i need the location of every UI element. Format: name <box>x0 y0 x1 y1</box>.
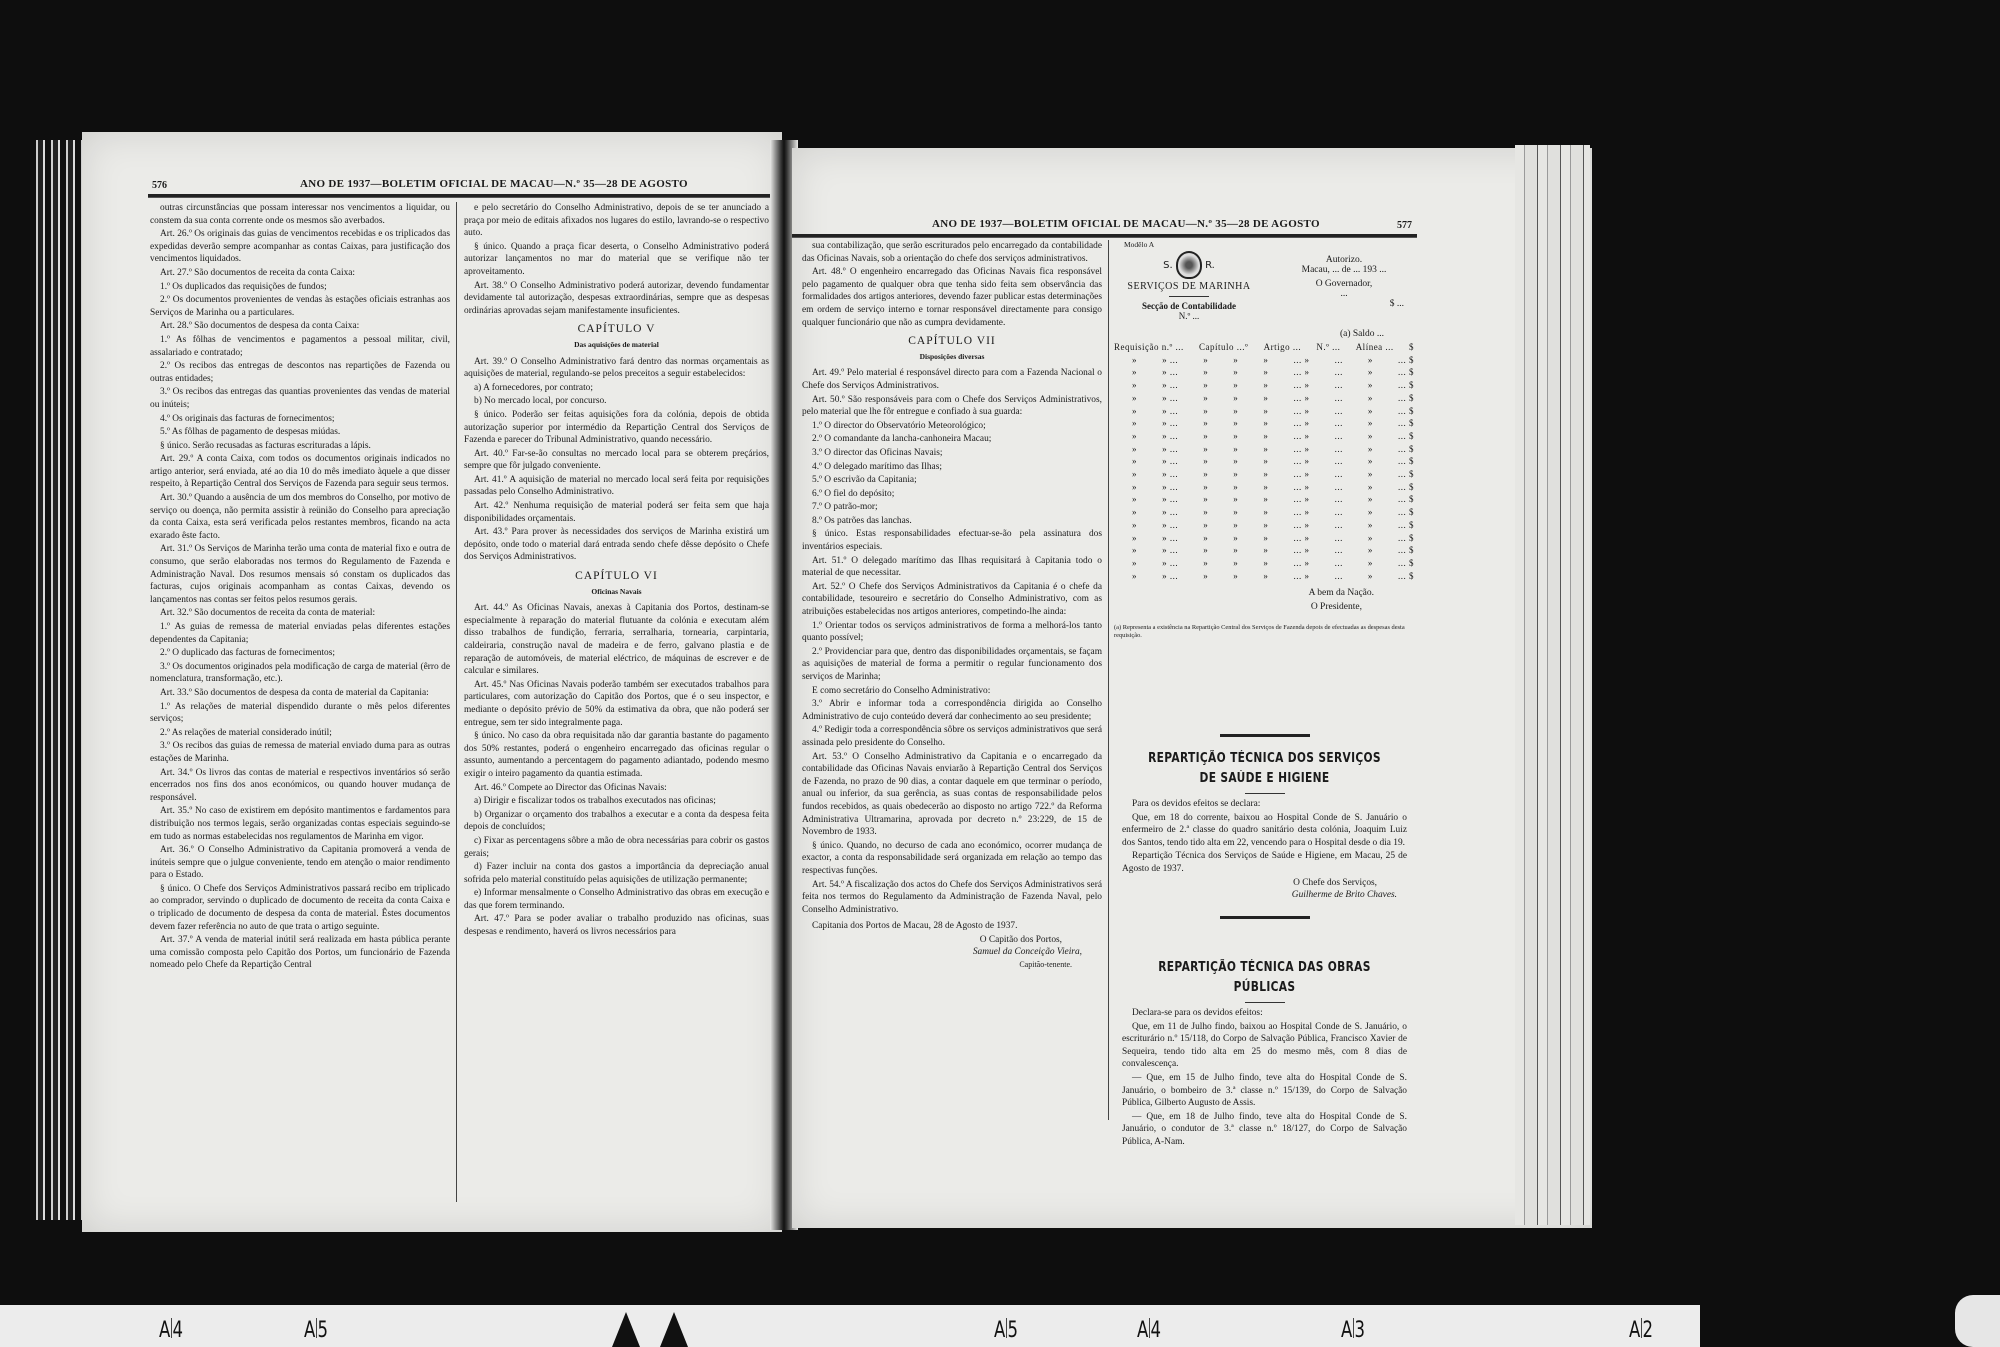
divider <box>1220 734 1310 737</box>
chapter-subtitle: Das aquisições de material <box>464 339 769 352</box>
article-paragraph: Art. 45.º Nas Oficinas Navais poderão ta… <box>464 679 769 729</box>
form-ditto-cell: » <box>1233 532 1238 545</box>
form-ditto-cell: » ... <box>1162 493 1178 506</box>
form-ditto-cell: » <box>1233 405 1238 418</box>
form-ditto-cell: ... » <box>1293 557 1309 570</box>
form-ditto-cell: » <box>1368 557 1373 570</box>
article-paragraph: § único. No caso da obra requisitada não… <box>464 730 769 780</box>
form-ditto-cell: » <box>1233 570 1238 583</box>
form-ditto-cell: ... » <box>1293 430 1309 443</box>
article-paragraph: 2.º Os documentos provenientes de vendas… <box>150 294 450 319</box>
form-ditto-cell: » <box>1368 379 1373 392</box>
form-ditto-row: »» ...»»»... »...»... $ <box>1114 392 1414 405</box>
form-ditto-cell: ... » <box>1293 519 1309 532</box>
form-s: S. <box>1163 260 1173 271</box>
form-ditto-cell: » <box>1263 468 1268 481</box>
form-ditto-row: »» ...»»»... »...»... $ <box>1114 405 1414 418</box>
notice-place-date: Repartição Técnica dos Serviços de Saúde… <box>1122 850 1407 875</box>
form-ditto-cell: » <box>1203 392 1208 405</box>
form-ditto-cell: ... » <box>1293 506 1309 519</box>
right-page-column-1: sua contabilização, que serão escriturad… <box>802 240 1102 972</box>
article-paragraph: 6.º O fiel do depósito; <box>802 488 1102 501</box>
form-ditto-cell: » ... <box>1162 405 1178 418</box>
article-paragraph: Art. 43.º Para prover às necessidades do… <box>464 526 769 564</box>
form-ditto-cell: » <box>1368 506 1373 519</box>
form-ditto-cell: » <box>1368 570 1373 583</box>
form-ditto-cell: » ... <box>1162 468 1178 481</box>
article-paragraph: 1.º Os duplicados das requisições de fun… <box>150 281 450 294</box>
form-ditto-cell: ... <box>1335 519 1343 532</box>
form-ditto-cell: » <box>1233 443 1238 456</box>
form-ditto-cell: » <box>1203 570 1208 583</box>
form-ditto-cell: ... $ <box>1398 366 1414 379</box>
chapter-title: CAPÍTULO VI <box>464 570 769 583</box>
form-ditto-cell: ... <box>1335 430 1343 443</box>
film-frame-mark: A2 <box>1629 1318 1653 1343</box>
form-ditto-cell: ... $ <box>1398 519 1414 532</box>
form-ditto-cell: » <box>1233 417 1238 430</box>
divider <box>1245 1002 1285 1003</box>
form-ditto-cell: » <box>1368 405 1373 418</box>
form-ditto-cell: ... » <box>1293 354 1309 367</box>
form-ditto-cell: ... $ <box>1398 506 1414 519</box>
form-ditto-cell: » <box>1263 366 1268 379</box>
health-services-notice: REPARTIÇÃO TÉCNICA DOS SERVIÇOS DE SAÚDE… <box>1122 728 1407 925</box>
form-ditto-cell: » <box>1233 481 1238 494</box>
microfilm-strip-end <box>1955 1295 2000 1347</box>
form-header-cell: Artigo ... <box>1264 341 1302 354</box>
article-paragraph: Art. 34.º Os livros das contas de materi… <box>150 767 450 805</box>
article-paragraph: 2.º O comandante da lancha-canhoneira Ma… <box>802 433 1102 446</box>
article-paragraph: Art. 44.º As Oficinas Navais, anexas à C… <box>464 602 769 678</box>
form-ditto-cell: ... $ <box>1398 392 1414 405</box>
form-ditto-cell: » <box>1132 544 1137 557</box>
form-ditto-cell: » <box>1132 519 1137 532</box>
form-ditto-cell: » <box>1368 366 1373 379</box>
form-ditto-row: »» ...»»»... »...»... $ <box>1114 493 1414 506</box>
form-ditto-cell: » <box>1368 481 1373 494</box>
form-ditto-cell: ... $ <box>1398 570 1414 583</box>
form-ditto-cell: ... <box>1335 354 1343 367</box>
form-header-cell: $ <box>1409 341 1414 354</box>
form-ditto-cell: » <box>1132 455 1137 468</box>
form-ditto-cell: ... » <box>1293 468 1309 481</box>
divider <box>1245 793 1285 794</box>
left-page-column-1: outras circunstâncias que possam interes… <box>150 202 450 973</box>
article-paragraph: 1.º As fôlhas de vencimentos e pagamento… <box>150 334 450 359</box>
form-ditto-cell: ... <box>1335 379 1343 392</box>
form-ditto-cell: » <box>1233 366 1238 379</box>
notice-title: DE SAÚDE E HIGIENE <box>1148 769 1382 789</box>
form-ditto-cell: » <box>1263 544 1268 557</box>
article-paragraph: a) A fornecedores, por contrato; <box>464 382 769 395</box>
form-ditto-cell: » <box>1203 430 1208 443</box>
article-paragraph: Art. 27.º São documentos de receita da c… <box>150 267 450 280</box>
form-ditto-row: »» ...»»»... »...»... $ <box>1114 481 1414 494</box>
notice-item: — Que, em 15 de Julho findo, teve alta d… <box>1122 1072 1407 1110</box>
form-ditto-cell: » <box>1132 570 1137 583</box>
article-paragraph: Art. 41.º A aquisição de material no mer… <box>464 474 769 499</box>
form-ditto-cell: » <box>1132 392 1137 405</box>
form-ditto-cell: » <box>1263 443 1268 456</box>
form-ditto-cell: » <box>1132 532 1137 545</box>
form-ditto-cell: » <box>1368 392 1373 405</box>
form-ditto-cell: » ... <box>1162 392 1178 405</box>
form-ditto-cell: » <box>1203 443 1208 456</box>
form-ditto-cell: » <box>1233 493 1238 506</box>
article-paragraph: Art. 42.º Nenhuma requisição de material… <box>464 500 769 525</box>
article-paragraph: 5.º O escrivão da Capitania; <box>802 474 1102 487</box>
form-ditto-cell: ... <box>1335 455 1343 468</box>
form-ditto-cell: » <box>1263 379 1268 392</box>
signature-rank: Capitão-tenente. <box>802 959 1102 972</box>
film-frame-mark: A4 <box>1137 1318 1161 1343</box>
article-paragraph: Art. 48.º O engenheiro encarregado das O… <box>802 266 1102 329</box>
form-ditto-cell: ... $ <box>1398 481 1414 494</box>
form-ditto-cell: » <box>1203 455 1208 468</box>
form-ditto-row: »» ...»»»... »...»... $ <box>1114 443 1414 456</box>
article-paragraph: § único. Serão recusadas as facturas esc… <box>150 440 450 453</box>
signature-name: Samuel da Conceição Vieira, <box>802 946 1102 959</box>
article-paragraph: 4.º Redigir toda a correspondência sôbre… <box>802 724 1102 749</box>
article-paragraph: 1.º O director do Observatório Meteoroló… <box>802 420 1102 433</box>
form-org: SERVIÇOS DE MARINHA <box>1114 281 1264 292</box>
article-paragraph: 3.º O director das Oficinas Navais; <box>802 447 1102 460</box>
notice-body: Que, em 18 do corrente, baixou ao Hospit… <box>1122 812 1407 850</box>
notice-item: — Que, em 18 de Julho findo, teve alta d… <box>1122 1111 1407 1149</box>
form-ditto-cell: » <box>1368 430 1373 443</box>
form-ditto-cell: » <box>1203 493 1208 506</box>
film-frame-mark: A4 <box>159 1318 183 1343</box>
form-ditto-cell: » <box>1263 570 1268 583</box>
form-ditto-cell: ... » <box>1293 405 1309 418</box>
form-amount: $ ... <box>1274 299 1414 309</box>
form-ditto-cell: ... » <box>1293 379 1309 392</box>
form-ditto-cell: ... $ <box>1398 493 1414 506</box>
chapter-title: CAPÍTULO VII <box>802 335 1102 348</box>
form-ditto-cell: ... <box>1335 506 1343 519</box>
form-ditto-cell: ... » <box>1293 443 1309 456</box>
form-authorize: Autorizo. <box>1274 255 1414 265</box>
form-ditto-cell: » ... <box>1162 532 1178 545</box>
signature-title: O Capitão dos Portos, <box>802 934 1102 947</box>
page-number: 576 <box>152 180 167 191</box>
form-ditto-cell: » <box>1132 379 1137 392</box>
form-ditto-cell: ... $ <box>1398 532 1414 545</box>
form-r: R. <box>1205 260 1215 271</box>
form-ditto-row: »» ...»»»... »...»... $ <box>1114 354 1414 367</box>
microfilm-strip <box>0 1305 1700 1347</box>
header-rule <box>148 194 773 198</box>
form-ditto-row: »» ...»»»... »...»... $ <box>1114 417 1414 430</box>
article-paragraph: 1.º As relações de material dispendido d… <box>150 701 450 726</box>
film-frame-mark: A5 <box>304 1318 328 1343</box>
form-ditto-row: »» ...»»»... »...»... $ <box>1114 430 1414 443</box>
header-rule <box>792 234 1417 238</box>
form-ditto-cell: » <box>1233 544 1238 557</box>
form-ditto-cell: ... $ <box>1398 443 1414 456</box>
form-ditto-cell: » ... <box>1162 430 1178 443</box>
notice-title: REPARTIÇÃO TÉCNICA DOS SERVIÇOS <box>1148 749 1382 769</box>
form-ditto-cell: ... » <box>1293 532 1309 545</box>
article-paragraph: Art. 33.º São documentos de despesa da c… <box>150 687 450 700</box>
article-paragraph: Art. 49.º Pelo material é responsável di… <box>802 367 1102 392</box>
form-footnote: (a) Representa a existência na Repartiçã… <box>1114 624 1414 640</box>
article-paragraph: § único. O Chefe dos Serviços Administra… <box>150 883 450 933</box>
form-ditto-cell: » <box>1233 354 1238 367</box>
form-ditto-cell: ... $ <box>1398 417 1414 430</box>
form-ditto-cell: ... <box>1335 544 1343 557</box>
form-ditto-cell: » ... <box>1162 443 1178 456</box>
form-ditto-row: »» ...»»»... »...»... $ <box>1114 570 1414 583</box>
form-ditto-cell: » <box>1368 443 1373 456</box>
article-paragraph: Art. 29.º A conta Caixa, com todos os do… <box>150 453 450 491</box>
article-paragraph: a) Dirigir e fiscalizar todos os trabalh… <box>464 795 769 808</box>
form-ditto-cell: » <box>1233 455 1238 468</box>
form-ditto-cell: » <box>1263 392 1268 405</box>
article-paragraph: Art. 31.º Os Serviços de Marinha terão u… <box>150 543 450 606</box>
form-ditto-cell: » <box>1368 354 1373 367</box>
film-marker-icon <box>612 1312 640 1347</box>
article-paragraph: § único. Estas responsabilidades efectua… <box>802 528 1102 553</box>
article-paragraph: Art. 53.º O Conselho Administrativo da C… <box>802 751 1102 839</box>
form-model-a: Modêlo A S. R. SERVIÇOS DE MARINHA Secçã… <box>1114 240 1414 640</box>
article-paragraph: § único. Quando, no decurso de cada ano … <box>802 840 1102 878</box>
form-dots: ... <box>1274 289 1414 299</box>
article-paragraph: b) Organizar o orçamento dos trabalhos a… <box>464 809 769 834</box>
form-ditto-cell: ... $ <box>1398 354 1414 367</box>
article-paragraph: Art. 54.º A fiscalização dos actos do Ch… <box>802 879 1102 917</box>
form-ditto-cell: » <box>1233 519 1238 532</box>
form-ditto-cell: » <box>1263 417 1268 430</box>
form-ditto-cell: » <box>1263 455 1268 468</box>
form-ditto-cell: » ... <box>1162 354 1178 367</box>
article-paragraph: outras circunstâncias que possam interes… <box>150 202 450 227</box>
form-ditto-cell: » <box>1203 481 1208 494</box>
article-paragraph: E como secretário do Conselho Administra… <box>802 685 1102 698</box>
article-paragraph: Art. 30.º Quando a ausência de um dos me… <box>150 492 450 542</box>
form-ditto-cell: » <box>1203 557 1208 570</box>
form-ditto-row: »» ...»»»... »...»... $ <box>1114 557 1414 570</box>
form-ditto-cell: » <box>1203 379 1208 392</box>
film-frame-mark: A5 <box>994 1318 1018 1343</box>
article-paragraph: 3.º Os documentos originados pela modifi… <box>150 661 450 686</box>
form-ditto-row: »» ...»»»... »...»... $ <box>1114 468 1414 481</box>
form-ditto-cell: ... <box>1335 493 1343 506</box>
form-ditto-cell: » <box>1263 354 1268 367</box>
form-header-cell: N.º ... <box>1316 341 1340 354</box>
form-ditto-cell: » <box>1203 366 1208 379</box>
article-paragraph: § único. Quando a praça ficar deserta, o… <box>464 241 769 279</box>
form-ditto-cell: » <box>1203 532 1208 545</box>
notice-intro: Declara-se para os devidos efeitos: <box>1122 1007 1407 1020</box>
form-ditto-cell: » <box>1132 405 1137 418</box>
form-ditto-cell: ... » <box>1293 570 1309 583</box>
form-ditto-cell: » <box>1203 519 1208 532</box>
form-ditto-cell: » <box>1132 354 1137 367</box>
form-ditto-row: »» ...»»»... »...»... $ <box>1114 544 1414 557</box>
article-paragraph: 2.º As relações de material considerado … <box>150 727 450 740</box>
form-ditto-cell: ... <box>1335 405 1343 418</box>
film-marker-icon <box>660 1312 688 1347</box>
article-paragraph: 7.º O patrão-mor; <box>802 501 1102 514</box>
form-ditto-cell: » <box>1263 532 1268 545</box>
form-ditto-cell: » <box>1263 430 1268 443</box>
divider <box>1169 296 1209 297</box>
book-edge-left <box>30 140 85 1220</box>
form-ditto-cell: » <box>1368 544 1373 557</box>
form-ditto-cell: » <box>1368 455 1373 468</box>
form-ditto-cell: » <box>1368 493 1373 506</box>
coat-of-arms-icon <box>1176 251 1202 279</box>
form-ditto-cell: » ... <box>1162 544 1178 557</box>
column-divider <box>1108 240 1109 1120</box>
form-header-row: Requisição n.º ...Capítulo ...ºArtigo ..… <box>1114 341 1414 354</box>
form-ditto-cell: » <box>1263 557 1268 570</box>
form-ditto-cell: » <box>1203 405 1208 418</box>
signature-name: Guilherme de Brito Chaves. <box>1122 889 1407 902</box>
form-header-cell: Capítulo ...º <box>1199 341 1248 354</box>
article-paragraph: Art. 46.º Compete ao Director das Oficin… <box>464 782 769 795</box>
notice-intro: Para os devidos efeitos se declara: <box>1122 798 1407 811</box>
form-ditto-cell: ... » <box>1293 417 1309 430</box>
form-ditto-cell: » ... <box>1162 481 1178 494</box>
form-ditto-row: »» ...»»»... »...»... $ <box>1114 532 1414 545</box>
column-divider <box>456 202 457 1202</box>
form-ditto-cell: ... <box>1335 417 1343 430</box>
article-paragraph: Art. 52.º O Chefe dos Serviços Administr… <box>802 581 1102 619</box>
signature-title: O Chefe dos Serviços, <box>1122 877 1407 890</box>
form-ditto-cell: ... <box>1335 443 1343 456</box>
notice-item: Que, em 11 de Julho findo, baixou ao Hos… <box>1122 1021 1407 1071</box>
article-paragraph: e) Informar mensalmente o Conselho Admin… <box>464 887 769 912</box>
form-ditto-cell: » <box>1132 468 1137 481</box>
form-ditto-cell: » <box>1233 557 1238 570</box>
form-ditto-cell: » <box>1368 519 1373 532</box>
form-ditto-cell: ... » <box>1293 392 1309 405</box>
form-ditto-cell: ... $ <box>1398 468 1414 481</box>
form-ditto-cell: ... $ <box>1398 544 1414 557</box>
divider <box>1220 916 1310 919</box>
article-paragraph: Art. 50.º São responsáveis para com o Ch… <box>802 394 1102 419</box>
form-balance: (a) Saldo ... <box>1114 329 1384 339</box>
notice-title: REPARTIÇÃO TÉCNICA DAS OBRAS PÚBLICAS <box>1148 958 1382 998</box>
article-paragraph: 3.º Os recibos das entregas das quantias… <box>150 386 450 411</box>
article-paragraph: 4.º O delegado marítimo das Ilhas; <box>802 461 1102 474</box>
chapter-subtitle: Disposições diversas <box>802 351 1102 364</box>
form-ditto-cell: » <box>1132 506 1137 519</box>
form-ditto-cell: » <box>1132 481 1137 494</box>
form-ditto-cell: » <box>1263 405 1268 418</box>
form-ditto-cell: » <box>1263 506 1268 519</box>
article-paragraph: 2.º Providenciar para que, dentro das di… <box>802 646 1102 684</box>
article-paragraph: 3.º Os recibos das guias de remessa de m… <box>150 740 450 765</box>
form-ditto-cell: ... » <box>1293 481 1309 494</box>
form-ditto-cell: ... <box>1335 570 1343 583</box>
article-paragraph: b) No mercado local, por concurso. <box>464 395 769 408</box>
form-header-cell: Requisição n.º ... <box>1114 341 1184 354</box>
form-ditto-cell: » <box>1233 430 1238 443</box>
running-head: ANO DE 1937—BOLETIM OFICIAL DE MACAU—N.º… <box>300 178 688 190</box>
form-ditto-cell: ... » <box>1293 544 1309 557</box>
article-paragraph: Art. 40.º Far-se-ão consultas no mercado… <box>464 448 769 473</box>
form-ditto-row: »» ...»»»... »...»... $ <box>1114 379 1414 392</box>
article-paragraph: 2.º Os recibos das entregas de descontos… <box>150 360 450 385</box>
article-paragraph: Art. 47.º Para se poder avaliar o trabal… <box>464 913 769 938</box>
article-paragraph: 1.º Orientar todos os serviços administr… <box>802 620 1102 645</box>
form-ditto-cell: ... $ <box>1398 430 1414 443</box>
form-ditto-cell: ... » <box>1293 366 1309 379</box>
article-paragraph: Art. 37.º A venda de material inútil ser… <box>150 934 450 972</box>
form-ditto-cell: » <box>1233 379 1238 392</box>
form-ditto-cell: » <box>1263 493 1268 506</box>
form-ditto-cell: » ... <box>1162 417 1178 430</box>
form-ditto-cell: » <box>1368 468 1373 481</box>
form-ditto-cell: ... $ <box>1398 455 1414 468</box>
article-paragraph: 2.º O duplicado das facturas de fornecim… <box>150 647 450 660</box>
form-ditto-cell: » <box>1203 506 1208 519</box>
form-ditto-cell: » <box>1132 430 1137 443</box>
article-paragraph: Art. 26.º Os originais das guias de venc… <box>150 228 450 266</box>
place-date: Capitania dos Portos de Macau, 28 de Ago… <box>802 920 1102 933</box>
article-paragraph: Art. 51.º O delegado marítimo das Ilhas … <box>802 555 1102 580</box>
form-president: O Presidente, <box>1114 602 1362 612</box>
article-paragraph: e pelo secretário do Conselho Administra… <box>464 202 769 240</box>
article-paragraph: sua contabilização, que serão escriturad… <box>802 240 1102 265</box>
form-ditto-cell: » <box>1368 532 1373 545</box>
form-ditto-cell: » ... <box>1162 379 1178 392</box>
article-paragraph: § único. Poderão ser feitas aquisições f… <box>464 409 769 447</box>
form-ditto-cell: ... <box>1335 481 1343 494</box>
form-closing: A bem da Nação. <box>1114 588 1374 598</box>
form-ditto-cell: ... $ <box>1398 405 1414 418</box>
article-paragraph: Art. 38.º O Conselho Administrativo pode… <box>464 280 769 318</box>
form-header-cell: Alínea ... <box>1356 341 1394 354</box>
form-ditto-cell: ... <box>1335 557 1343 570</box>
form-section: Secção de Contabilidade <box>1114 301 1264 311</box>
form-ditto-cell: ... <box>1335 392 1343 405</box>
left-page: 576 ANO DE 1937—BOLETIM OFICIAL DE MACAU… <box>82 132 782 1232</box>
form-ditto-cell: » <box>1233 392 1238 405</box>
form-ditto-cell: » ... <box>1162 557 1178 570</box>
chapter-title: CAPÍTULO V <box>464 323 769 336</box>
article-paragraph: 1.º As guias de remessa de material envi… <box>150 621 450 646</box>
article-paragraph: Art. 36.º O Conselho Administrativo da C… <box>150 844 450 882</box>
left-page-column-2: e pelo secretário do Conselho Administra… <box>464 202 769 940</box>
form-ditto-cell: » <box>1132 417 1137 430</box>
article-paragraph: Art. 39.º O Conselho Administrativo fará… <box>464 356 769 381</box>
page-number: 577 <box>1397 220 1412 231</box>
form-ditto-cell: » <box>1203 354 1208 367</box>
article-paragraph: d) Fazer incluir na conta dos gastos a i… <box>464 861 769 886</box>
book-edge-right <box>1515 145 1590 1225</box>
article-paragraph: Art. 28.º São documentos de despesa da c… <box>150 320 450 333</box>
form-ditto-cell: » <box>1132 557 1137 570</box>
article-paragraph: 3.º Abrir e informar toda a correspondên… <box>802 698 1102 723</box>
form-ditto-cell: ... <box>1335 468 1343 481</box>
form-ditto-cell: ... » <box>1293 493 1309 506</box>
form-number: N.º ... <box>1114 311 1264 321</box>
film-frame-mark: A3 <box>1341 1318 1365 1343</box>
form-ditto-cell: » <box>1233 468 1238 481</box>
form-ditto-cell: » <box>1203 468 1208 481</box>
form-ditto-cell: » ... <box>1162 506 1178 519</box>
form-ditto-cell: » <box>1203 417 1208 430</box>
form-place-date: Macau, ... de ... 193 ... <box>1274 265 1414 275</box>
article-paragraph: Art. 32.º São documentos de receita da c… <box>150 607 450 620</box>
form-ditto-cell: ... <box>1335 532 1343 545</box>
form-ditto-cell: » ... <box>1162 570 1178 583</box>
